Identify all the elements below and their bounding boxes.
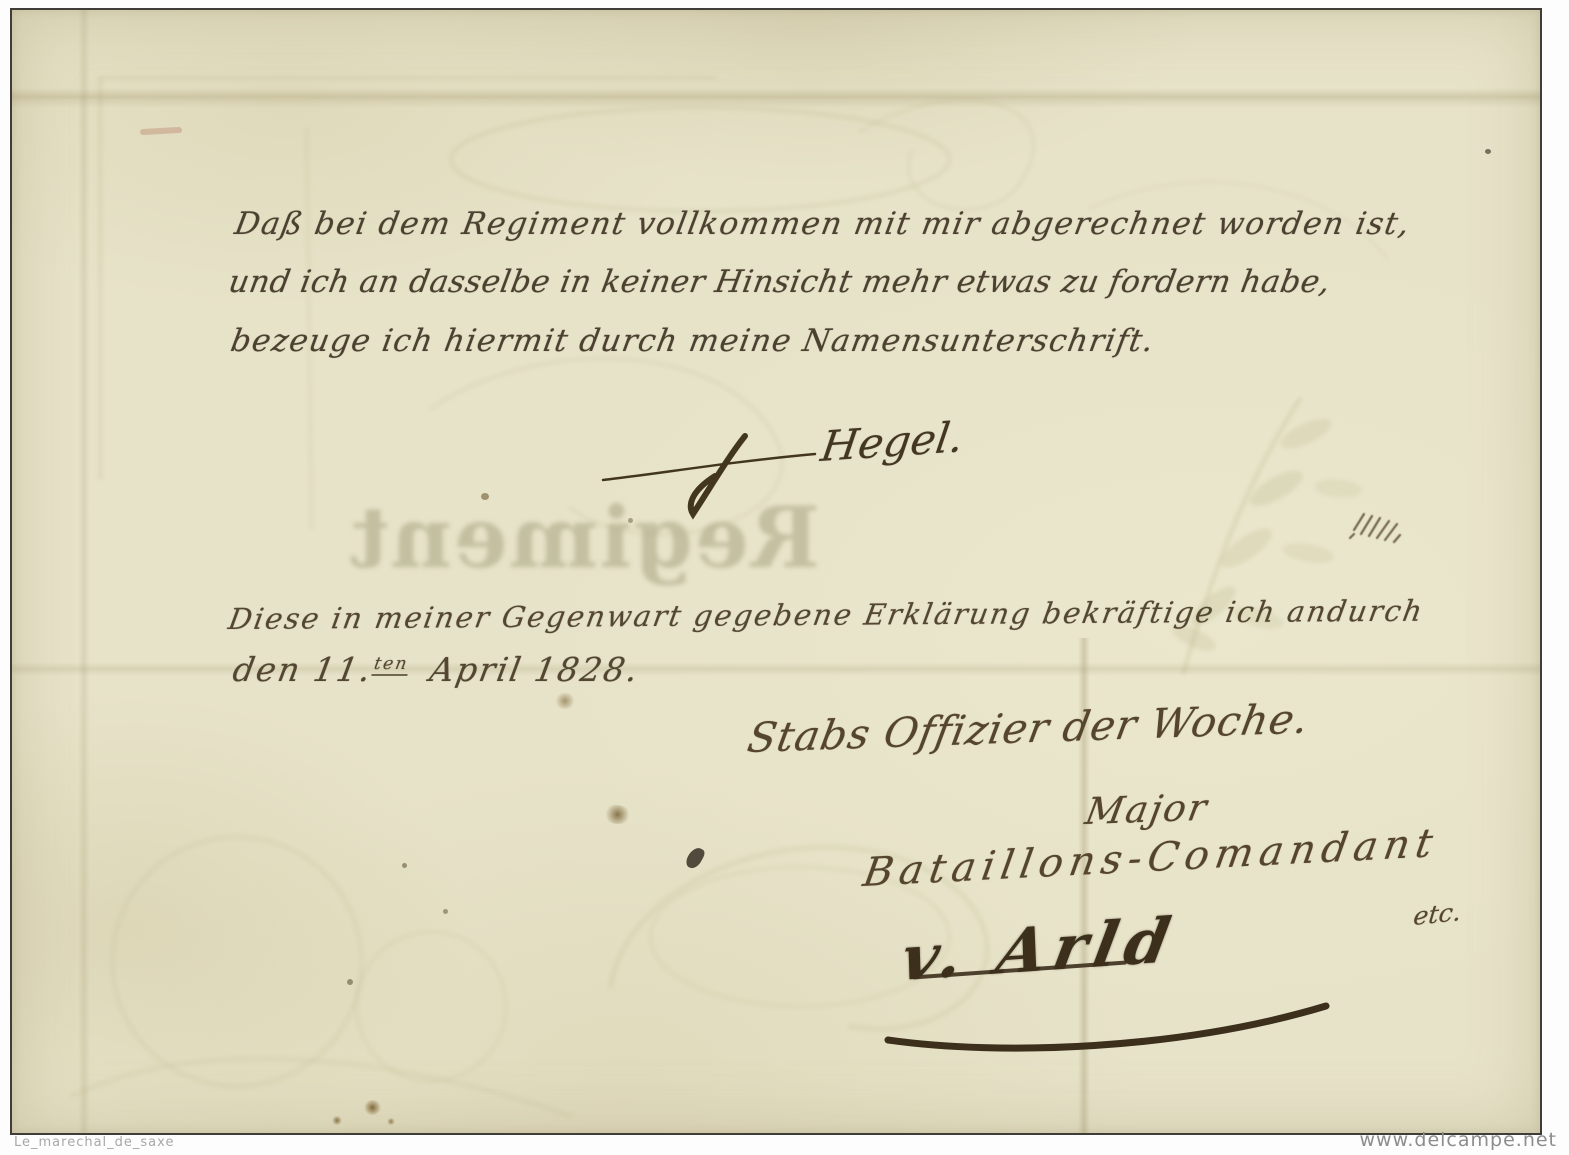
- stain: [364, 1100, 381, 1115]
- ink-spot: [684, 845, 707, 871]
- officer-rank: Major: [1082, 786, 1212, 833]
- officer-title-line-2: Bataillons-Comandant: [860, 820, 1442, 896]
- scanned-document-view: Regiment Daß bei dem Regiment vollkommen…: [0, 0, 1569, 1155]
- date-month-year: April 1828.: [427, 650, 643, 689]
- stain: [481, 493, 489, 500]
- stain: [140, 127, 182, 135]
- officer-signature-flourish: [880, 998, 1335, 1060]
- bleed-through-ornaments: [12, 10, 1540, 1133]
- stain: [1485, 149, 1491, 154]
- officer-signature: v. Arld: [896, 903, 1183, 995]
- handwritten-line-1: Daß bei dem Regiment vollkommen mit mir …: [232, 206, 1413, 242]
- document-paper: Regiment Daß bei dem Regiment vollkommen…: [10, 8, 1542, 1135]
- stain: [628, 518, 633, 523]
- signature-cross-flourish: [597, 428, 822, 520]
- watermark-seller-text: Le_marechal_de_saxe: [14, 1135, 174, 1150]
- stain: [604, 805, 631, 824]
- handwritten-line-3: bezeuge ich hiermit durch meine Namensun…: [228, 323, 1157, 359]
- date-ordinal-suffix: ten: [371, 654, 411, 676]
- date-day: den 11.: [230, 650, 376, 689]
- fold-crease-horizontal-top: [12, 88, 1540, 108]
- ink-hatch-marks: [1342, 478, 1414, 550]
- handwritten-line-2: und ich an dasselbe in keiner Hinsicht m…: [226, 264, 1333, 300]
- fold-crease-vertical-left: [78, 10, 90, 1133]
- soldier-signature: Hegel.: [818, 412, 967, 471]
- stain: [443, 909, 448, 914]
- ghost-regiment-text: Regiment: [410, 488, 820, 587]
- officer-title-etc: etc.: [1412, 897, 1463, 931]
- stain: [554, 693, 576, 709]
- stain: [347, 979, 353, 985]
- attestation-line: Diese in meiner Gegenwart gegebene Erklä…: [226, 594, 1427, 636]
- officer-title-line-1: Stabs Offizier der Woche.: [744, 695, 1313, 762]
- stain: [387, 1118, 395, 1125]
- stain: [332, 1116, 342, 1125]
- date-line: den 11.tenApril 1828.: [230, 650, 643, 689]
- stain: [402, 863, 407, 868]
